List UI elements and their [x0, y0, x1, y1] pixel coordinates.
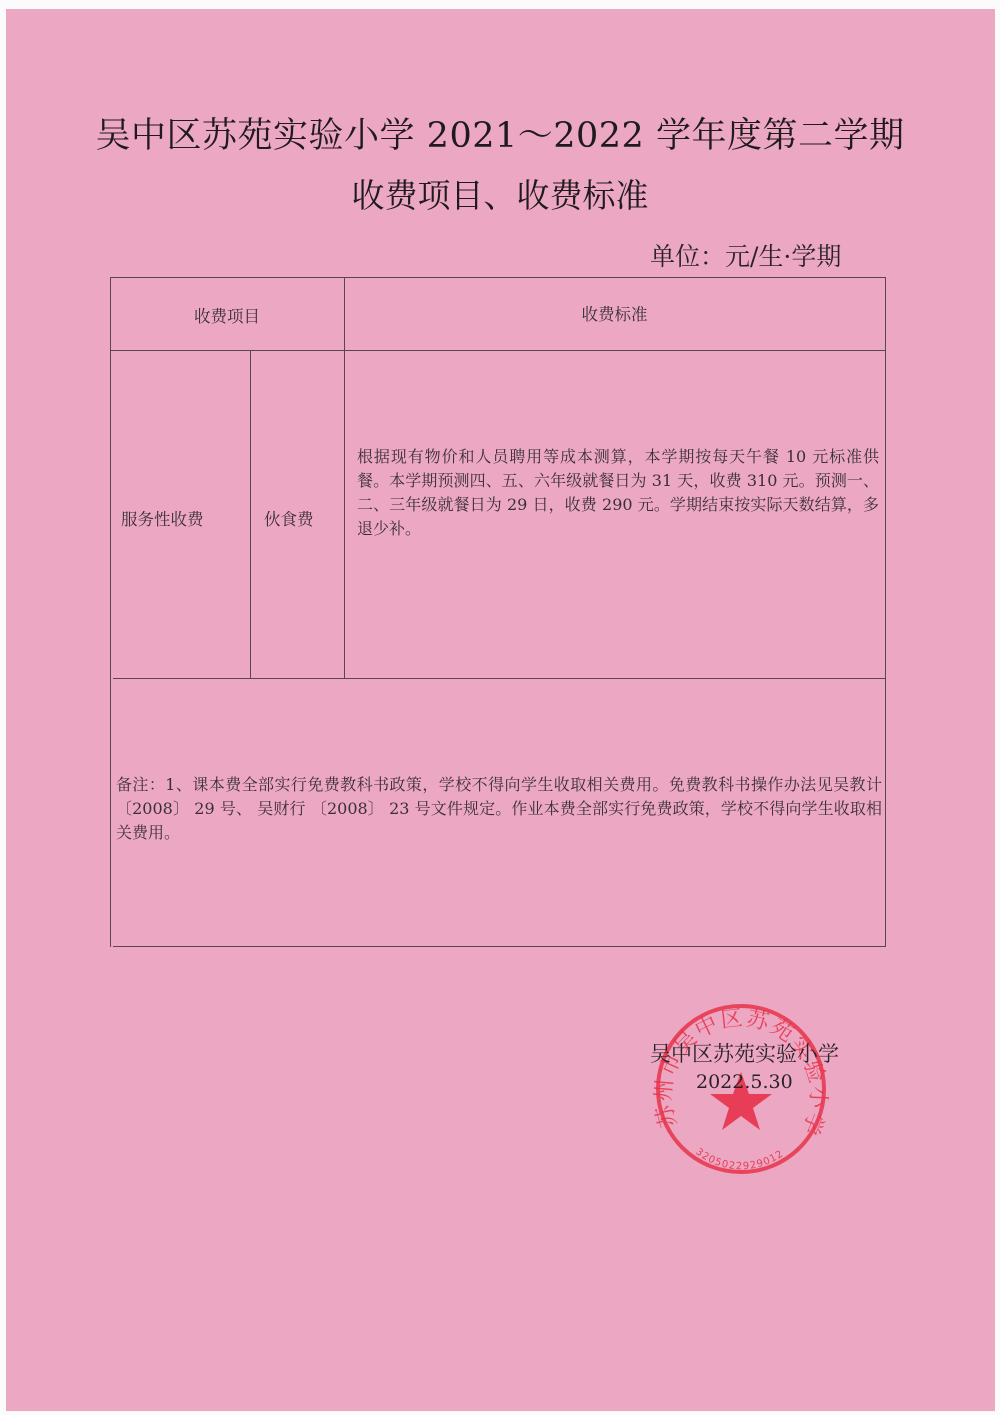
table-border-right: [885, 277, 886, 947]
cell-category: 服务性收费: [121, 506, 204, 530]
cell-item: 伙食费: [264, 506, 314, 530]
table-divider-header: [110, 350, 886, 351]
cell-standard: 根据现有物价和人员聘用等成本测算，本学期按每天午餐 10 元标准供餐。本学期预测…: [357, 445, 879, 541]
table-border-top: [110, 277, 886, 278]
document-page: [6, 9, 995, 1411]
table-border-left: [110, 277, 111, 947]
signer-school: 吴中区苏苑实验小学: [650, 1038, 839, 1068]
document-subtitle: 收费项目、收费标准: [0, 170, 1000, 217]
table-subcolumn-divider: [250, 350, 251, 679]
document-title: 吴中区苏苑实验小学 2021～2022 学年度第二学期: [0, 108, 1000, 158]
table-note: 备注：1、课本费全部实行免费教科书政策，学校不得向学生收取相关费用。免费教科书操…: [116, 773, 882, 845]
signer-date: 2022.5.30: [696, 1071, 793, 1093]
table-divider-notes: [113, 678, 886, 679]
header-fee-item: 收费项目: [110, 303, 344, 327]
table-border-bottom: [113, 946, 886, 947]
table-column-divider: [344, 277, 345, 679]
header-fee-standard: 收费标准: [344, 301, 885, 325]
svg-text:3205022929012: 3205022929012: [693, 1146, 786, 1172]
unit-label: 单位：元/生·学期: [650, 237, 841, 273]
